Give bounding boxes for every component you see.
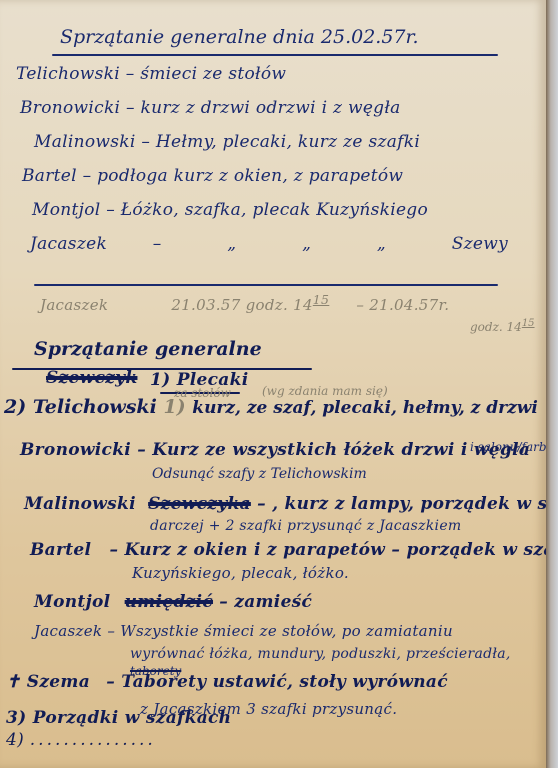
numbered-item: 4) ...............	[6, 730, 156, 750]
pencil-note-to-time-row: godz. 1415	[470, 318, 535, 334]
item-marker: 3)	[6, 708, 26, 728]
entry-name: Montjol	[34, 592, 110, 612]
page-edge	[546, 0, 558, 768]
entry-task: – Hełmy, plecaki, kurz ze szafki	[141, 132, 420, 152]
paper-sheet: Sprzątanie generalne dnia 25.02.57r. Tel…	[0, 0, 546, 768]
entry-task: kurz, ze szaf, plecaki, hełmy, z drzwi	[192, 398, 538, 418]
pencil-note-to-time: godz. 14	[470, 320, 522, 334]
entry-name: Malinowski	[24, 494, 136, 514]
entry-task: – podłoga kurz z okien, z parapetów	[83, 166, 404, 186]
entry-line2: Odsunąć szafy z Telichowskim	[152, 466, 367, 482]
entry-row: Bronowicki – Kurz ze wszystkich łóżek dr…	[20, 440, 530, 460]
item-text: Porządki w szafkach	[33, 708, 232, 728]
entry-name: Jacaszek	[30, 234, 107, 254]
entry-row: Malinowski – Hełmy, plecaki, kurz ze sza…	[34, 132, 420, 152]
entry-name: Montjol	[32, 200, 100, 220]
entry-prefix: 1)	[163, 396, 185, 418]
entry-line2: Kuzyńskiego, plecak, łóżko.	[132, 564, 349, 582]
entry-row: Bartel – podłoga kurz z okien, z parapet…	[22, 166, 403, 186]
entry-row: Bartel – Kurz z okien i z parapetów – po…	[30, 540, 558, 560]
pencil-note: Jacaszek 21.03.57 godz. 1415 – 21.04.57r…	[40, 292, 449, 314]
entry-row: Montjol – Łóżko, szafka, plecak Kuzyński…	[32, 200, 428, 220]
entry-name: Bartel	[30, 540, 91, 560]
entry-name: Malinowski	[34, 132, 136, 152]
entry-row: Bronowicki – kurz z drzwi odrzwi i z węg…	[20, 98, 401, 118]
pencil-note-dash: –	[356, 296, 364, 314]
entry-row: Montjol umiędzić – zamieść	[34, 592, 312, 612]
item-marker: 4)	[6, 730, 24, 750]
entry-marker: 2)	[4, 396, 26, 418]
section1-title: Sprzątanie generalne dnia 25.02.57r.	[60, 26, 419, 48]
entry-task: – , kurz z lampy, porządek w szafce gosp…	[257, 494, 558, 514]
crossed-word: umiędzić	[125, 592, 213, 612]
entry-name: Bronowicki	[20, 98, 120, 118]
entry-task: – kurz z drzwi odrzwi i z węgła	[126, 98, 401, 118]
entry-name: Szema	[27, 672, 90, 692]
entry-row: Jacaszek – Wszystkie śmieci ze stołów, p…	[34, 622, 453, 640]
entry-line2: darczej + 2 szafki przysunąć z Jacaszkie…	[150, 518, 461, 534]
entry-task: – Kurz ze wszystkich łóżek drzwi i węgła	[137, 440, 530, 460]
entry-row: ✝ Szema – Taborety ustawić, stoły wyrówn…	[6, 672, 448, 692]
entry-row: Malinowski Szewczyka – , kurz z lampy, p…	[24, 494, 558, 514]
entry-name: Jacaszek	[34, 622, 102, 640]
title-underline	[52, 54, 498, 56]
crossed-header: Szewczyk	[46, 368, 137, 388]
entry-task: – Łóżko, szafka, plecak Kuzyńskiego	[106, 200, 428, 220]
entry-line2: wyrównać łóżka, mundury, poduszki, prześ…	[130, 646, 511, 662]
numbered-item: 3) Porządki w szafkach	[6, 708, 231, 728]
pencil-note-to-time-minutes: 15	[522, 318, 535, 329]
pencil-note-to: 21.04.57r.	[369, 296, 449, 314]
section-divider	[34, 284, 498, 286]
pencil-note-from: 21.03.57 godz. 14	[171, 296, 312, 314]
entry-name: Telichowski	[16, 64, 120, 84]
entry-task: – Wszystkie śmieci ze stołów, po zamiata…	[107, 622, 453, 640]
entry-task: – Kurz z okien i z parapetów – porządek …	[110, 540, 558, 560]
item-text: ...............	[30, 730, 156, 750]
entry-name: Telichowski	[33, 396, 157, 418]
entry-name: Bartel	[22, 166, 77, 186]
entry-row: Telichowski – śmieci ze stołów	[16, 64, 286, 84]
entry-task: – Taborety ustawić, stoły wyrównać	[106, 672, 448, 692]
entry-task: – „ „ „ Szewy	[153, 234, 508, 254]
entry-row: 2) Telichowski 1) kurz, ze szaf, plecaki…	[4, 396, 538, 418]
crossed-word: Szewczyka	[148, 494, 251, 514]
pencil-note-name: Jacaszek	[40, 296, 108, 314]
section2-title: Sprzątanie generalne	[34, 338, 262, 360]
entry-name: Bronowicki	[20, 440, 131, 460]
entry-task: – zamieść	[219, 592, 312, 612]
entry-row: Jacaszek – „ „ „ Szewy	[30, 234, 508, 254]
entry-task: – śmieci ze stołów	[126, 64, 287, 84]
pencil-note-from-minutes: 15	[313, 292, 330, 307]
entry-marker: ✝	[6, 672, 21, 692]
